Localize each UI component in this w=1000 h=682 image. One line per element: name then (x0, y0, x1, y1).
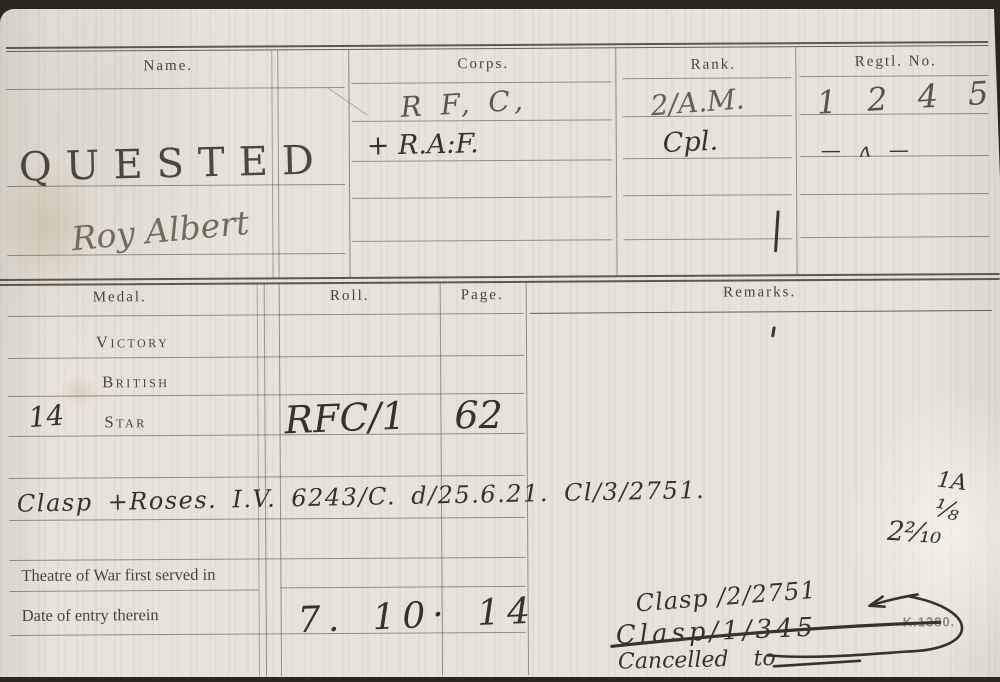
theatre-of-war-label: Theatre of War first served in (21, 565, 215, 586)
rule-line (279, 284, 282, 676)
trailing-dash-stroke (774, 661, 860, 667)
medal-row-victory: Victory (96, 332, 169, 352)
rule-line (622, 77, 791, 79)
card-grid: Name. Corps. Rank. Regtl. No. QUESTED (0, 0, 1000, 682)
rule-line (795, 47, 797, 275)
rank-line2-handwriting: Cpl. (662, 128, 718, 157)
arrow-icon (870, 594, 918, 606)
column-header-rank: Rank. (638, 56, 788, 74)
rule-line (352, 196, 612, 199)
roll-value-handwriting: RFC/1 (284, 396, 407, 439)
column-header-page: Page. (415, 287, 550, 305)
rule-line (9, 433, 525, 437)
rule-line (10, 589, 259, 592)
ink-stroke-mark (774, 210, 780, 252)
rule-line (351, 81, 611, 84)
rule-line (348, 50, 350, 278)
rule-line (8, 393, 524, 397)
rule-line (9, 557, 525, 561)
rule-line (530, 310, 992, 314)
corps-line1-handwriting: R F, C, (400, 87, 529, 122)
rule-line (352, 119, 612, 122)
rule-line (7, 253, 345, 256)
column-header-roll: Roll. (280, 287, 420, 305)
rule-line (615, 48, 617, 276)
column-header-name: Name. (93, 58, 243, 76)
rule-line (623, 238, 792, 240)
corner-note-fraction-large: 2²⁄₁₀ (886, 518, 942, 548)
clasp-roses-handwriting: Clasp +Roses. I.V. 6243/C. d/25.6.21. Cl… (17, 478, 706, 516)
column-header-remarks: Remarks. (685, 284, 835, 302)
corner-note-1a: 1A (936, 469, 969, 495)
medal-row-star: Star (104, 412, 146, 432)
clasp-cancelled-handwriting: Clasp/1/345 (615, 615, 817, 649)
page-value-handwriting: 62 (454, 396, 503, 434)
column-header-medal: Medal. (45, 289, 195, 307)
rule-line (6, 87, 344, 90)
rule-line (257, 284, 260, 676)
column-header-regtl-no: Regtl. No. (813, 53, 978, 71)
rank-line1-handwriting: 2/A.M. (650, 85, 746, 120)
ink-spot-mark (771, 326, 776, 337)
rule-line (9, 475, 525, 479)
rule-line (800, 236, 989, 238)
surname-handwriting: QUESTED (18, 140, 328, 187)
scanned-card-background: Name. Corps. Rank. Regtl. No. QUESTED (0, 0, 1000, 682)
regtl-no-ditto-handwriting: — ʌ — (821, 139, 909, 160)
date-of-entry-label: Date of entry therein (22, 605, 159, 626)
rule-line (281, 586, 526, 588)
rule-line (800, 193, 989, 195)
rule-line (264, 284, 267, 676)
medal-row-british: British (102, 372, 169, 392)
forenames-handwriting: Roy Albert (70, 206, 250, 255)
rule-line (623, 194, 792, 196)
regtl-no-handwriting: 1 2 4 5 (816, 76, 1000, 119)
clasp-current-handwriting: Clasp /2/2751 (635, 578, 817, 616)
rule-line (623, 157, 792, 159)
column-header-corps: Corps. (408, 56, 558, 74)
corps-line2-handwriting: + R.A:F. (366, 130, 478, 160)
star-note-handwriting: 14 (27, 401, 65, 432)
rule-line (8, 313, 524, 317)
cancelled-to-handwriting: Cancelled to (618, 648, 776, 674)
print-reference-code: K.1380. (903, 614, 956, 629)
rule-line (352, 239, 612, 242)
rule-line (8, 355, 524, 359)
rule-line (9, 517, 525, 521)
date-of-entry-value-handwriting: 7. 10· 14 (297, 594, 538, 640)
